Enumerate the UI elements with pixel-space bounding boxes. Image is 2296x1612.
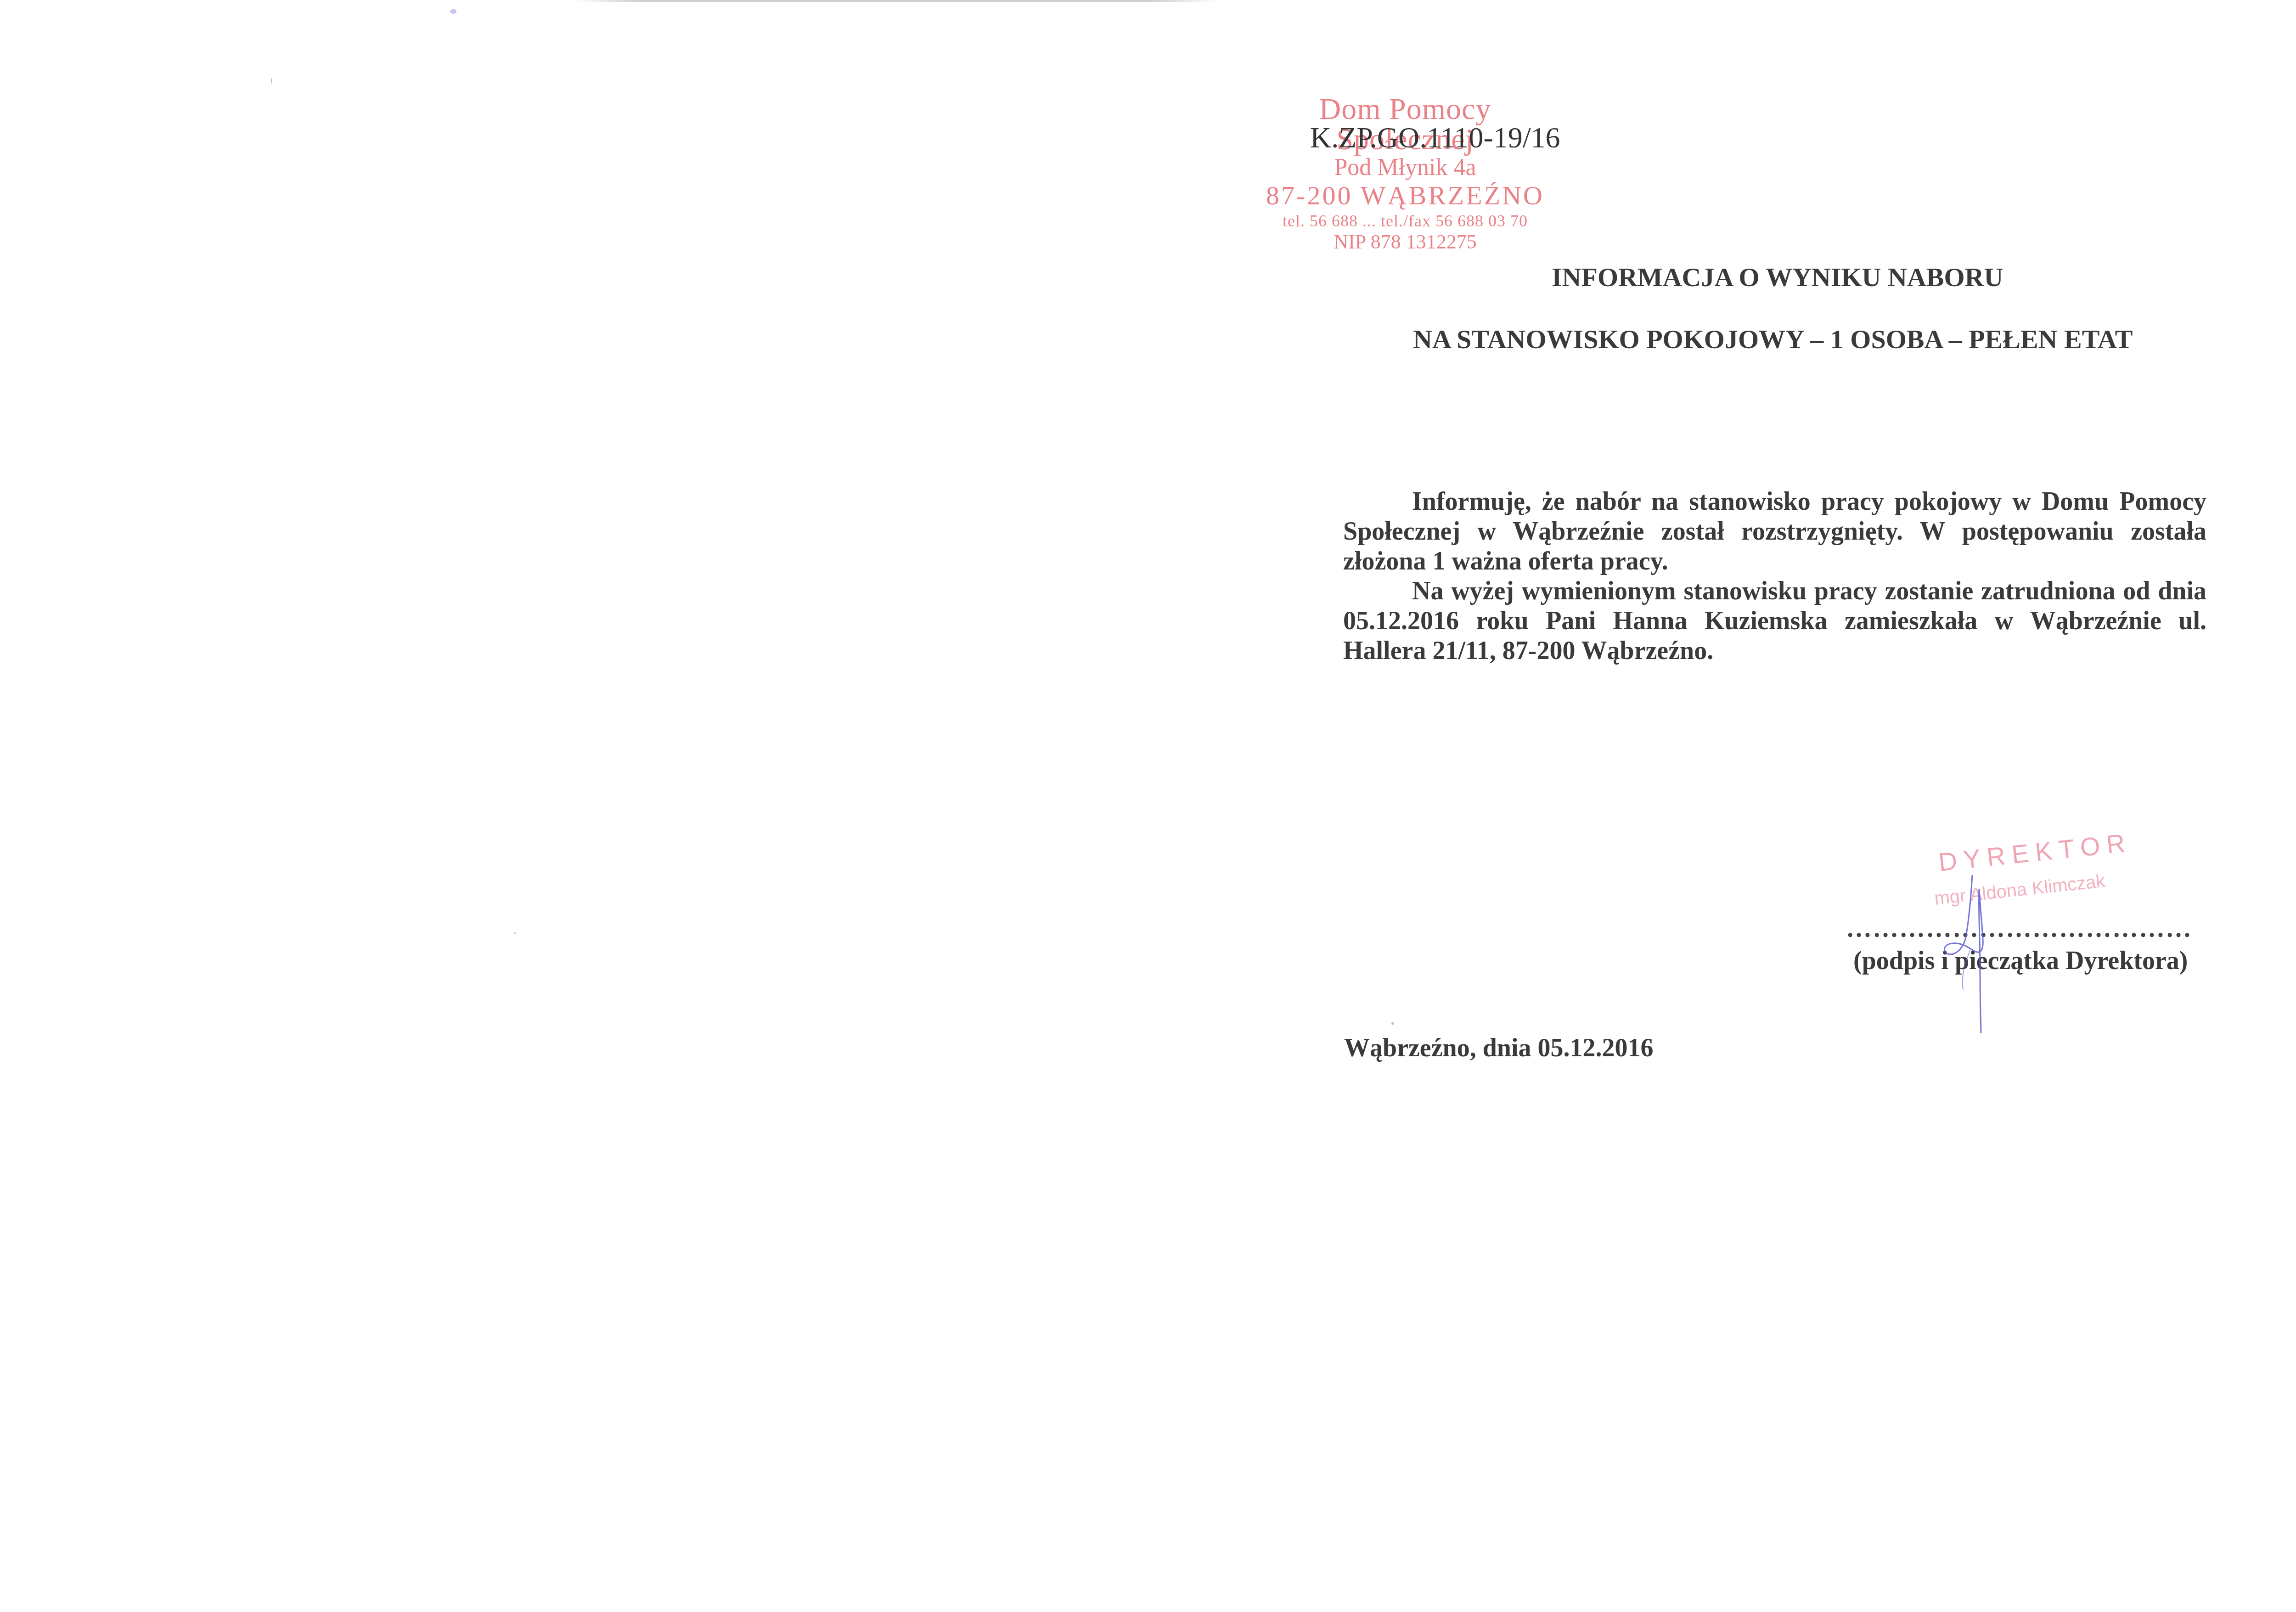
place-and-date: Wąbrzeźno, dnia 05.12.2016	[1344, 1033, 1654, 1063]
body-paragraph: Informuję, że nabór na stanowisko pracy …	[1343, 487, 2206, 576]
scan-speck	[271, 78, 272, 84]
scan-speck	[514, 932, 516, 934]
stamp-line: tel. 56 688 ... tel./fax 56 688 03 70	[1256, 213, 1554, 229]
stamp-line: 87-200 WĄBRZEŹNO	[1256, 182, 1554, 209]
signature-caption: (podpis i pieczątka Dyrektora)	[1853, 946, 2188, 975]
handwritten-signature	[1929, 870, 2020, 1036]
document-body: Informuję, że nabór na stanowisko pracy …	[1343, 487, 2206, 666]
stamp-line: NIP 878 1312275	[1256, 232, 1554, 252]
body-paragraph: Na wyżej wymienionym stanowisku pracy zo…	[1343, 576, 2206, 666]
document-subtitle: NA STANOWISKO POKOJOWY – 1 OSOBA – PEŁEN…	[1413, 324, 2133, 355]
scan-speck	[450, 9, 456, 14]
stamp-line: Pod Młynik 4a	[1256, 156, 1554, 180]
institution-stamp: Dom Pomocy Społecznej Pod Młynik 4a 87-2…	[1256, 94, 1554, 252]
scan-edge-artifact	[574, 0, 1217, 2]
director-stamp-title: DYREKTOR	[1937, 827, 2133, 877]
reference-number: K.ZP.GO.1110-19/16	[1310, 121, 1560, 155]
document-title: INFORMACJA O WYNIKU NABORU	[1552, 262, 2003, 293]
scan-speck	[1391, 1022, 1394, 1025]
